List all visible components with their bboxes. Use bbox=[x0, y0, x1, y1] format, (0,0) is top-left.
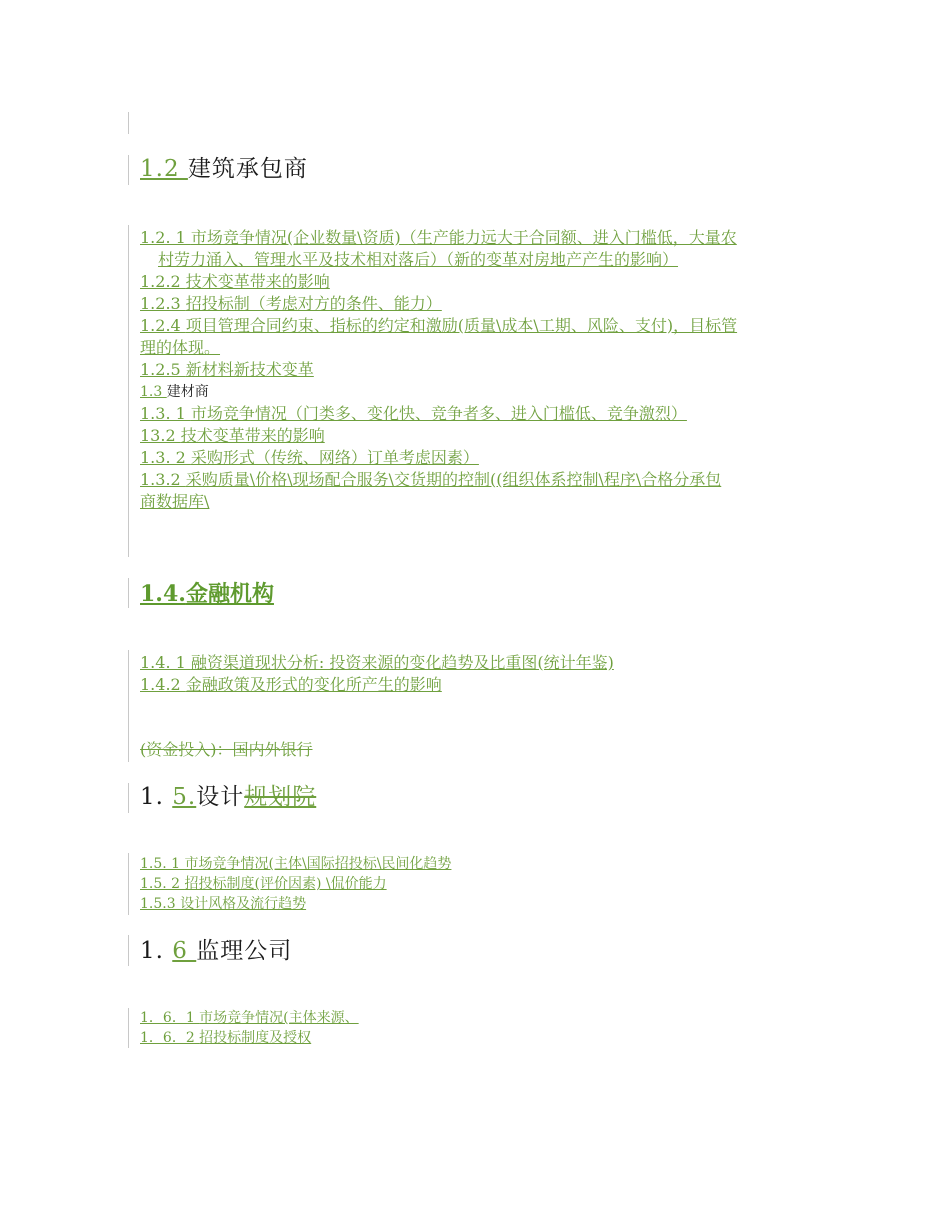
section-heading-1-6: 1. 6 监理公司 bbox=[140, 936, 812, 966]
list-item[interactable]: 1.4.2 金融政策及形式的变化所产生的影响 bbox=[140, 674, 812, 696]
list-item[interactable]: 1.5.3 设计风格及流行趋势 bbox=[140, 894, 812, 914]
section-heading-1-2: 1.2 建筑承包商 bbox=[140, 154, 812, 184]
list-item[interactable]: 1.2.3 招投标制（考虑对方的条件、能力） bbox=[140, 293, 812, 315]
change-bar bbox=[128, 225, 129, 557]
change-bar bbox=[128, 935, 129, 966]
section-heading-1-4: 1.4.金融机构 bbox=[140, 579, 812, 609]
heading-number: 6 bbox=[172, 938, 196, 964]
heading-number: 5. bbox=[172, 784, 196, 810]
change-bar bbox=[128, 1008, 129, 1048]
section-1-6-list: 1．6．1 市场竞争情况(主体来源、 1．6．2 招投标制度及授权 bbox=[140, 1008, 812, 1048]
list-item[interactable]: 1．6．2 招投标制度及授权 bbox=[140, 1028, 812, 1048]
change-bar bbox=[128, 578, 129, 608]
change-bar bbox=[128, 155, 129, 185]
section-1-2-list: 1.2. 1 市场竞争情况(企业数量\资质)（生产能力远大于合同额、进入门槛低，… bbox=[140, 227, 812, 381]
deleted-line: (资金投入)：国内外银行 bbox=[140, 739, 812, 761]
list-item[interactable]: 1.4. 1 融资渠道现状分析: 投资来源的变化趋势及比重图(统计年鉴) bbox=[140, 652, 812, 674]
list-item[interactable]: 1.2. 1 市场竞争情况(企业数量\资质)（生产能力远大于合同额、进入门槛低，… bbox=[140, 227, 812, 249]
section-heading-1-3: 1.3 建材商 bbox=[140, 382, 812, 402]
list-item[interactable]: 1.3. 1 市场竞争情况（门类多、变化快、竞争者多、进入门槛低、竞争激烈） bbox=[140, 403, 812, 425]
list-item[interactable]: 1.2.4 项目管理合同约束、指标的约定和激励(质量\成本\工期、风险、支付)，… bbox=[140, 315, 812, 337]
list-item-continuation[interactable]: 村劳力涌入、管理水平及技术相对落后）（新的变革对房地产产生的影响） bbox=[140, 249, 812, 271]
heading-prefix: 1. bbox=[140, 784, 172, 810]
list-item[interactable]: 1.5. 1 市场竞争情况(主体\国际招投标\民间化趋势 bbox=[140, 854, 812, 874]
change-bar bbox=[128, 112, 129, 134]
heading-prefix: 1. bbox=[140, 938, 172, 964]
heading-deleted-title[interactable]: 规划院 bbox=[244, 784, 316, 810]
heading-number: 1.3 bbox=[140, 384, 167, 400]
list-item[interactable]: 13.2 技术变革带来的影响 bbox=[140, 425, 812, 447]
heading-number: 1.2 bbox=[140, 156, 188, 182]
list-item[interactable]: 1.3.2 采购质量\价格\现场配合服务\交货期的控制((组织体系控制\程序\合… bbox=[140, 469, 812, 491]
document-page: 1.2 建筑承包商 1.2. 1 市场竞争情况(企业数量\资质)（生产能力远大于… bbox=[0, 0, 950, 1230]
heading-title: 监理公司 bbox=[196, 938, 292, 964]
change-bar bbox=[128, 783, 129, 813]
list-item[interactable]: 1.2.2 技术变革带来的影响 bbox=[140, 271, 812, 293]
section-1-3-list: 1.3. 1 市场竞争情况（门类多、变化快、竞争者多、进入门槛低、竞争激烈） 1… bbox=[140, 403, 812, 513]
heading-title: 建材商 bbox=[167, 384, 209, 400]
list-item[interactable]: 1.5. 2 招投标制度(评价因素) \侃价能力 bbox=[140, 874, 812, 894]
change-bar bbox=[128, 650, 129, 762]
list-item[interactable]: 1.3. 2 采购形式（传统、网络）订单考虑因素） bbox=[140, 447, 812, 469]
section-1-5-list: 1.5. 1 市场竞争情况(主体\国际招投标\民间化趋势 1.5. 2 招投标制… bbox=[140, 854, 812, 914]
change-bar bbox=[128, 853, 129, 915]
list-item-continuation[interactable]: 商数据库\ bbox=[140, 491, 812, 513]
list-item-continuation[interactable]: 理的体现。 bbox=[140, 337, 812, 359]
heading-title: 金融机构 bbox=[186, 581, 274, 607]
heading-title: 设计 bbox=[196, 784, 244, 810]
list-item[interactable]: 1.2.5 新材料新技术变革 bbox=[140, 359, 812, 381]
section-1-4-list: 1.4. 1 融资渠道现状分析: 投资来源的变化趋势及比重图(统计年鉴) 1.4… bbox=[140, 652, 812, 696]
heading-title: 建筑承包商 bbox=[188, 156, 308, 182]
section-heading-1-5: 1. 5.设计规划院 bbox=[140, 782, 812, 812]
heading-number: 1.4. bbox=[140, 581, 186, 607]
list-item[interactable]: 1．6．1 市场竞争情况(主体来源、 bbox=[140, 1008, 812, 1028]
